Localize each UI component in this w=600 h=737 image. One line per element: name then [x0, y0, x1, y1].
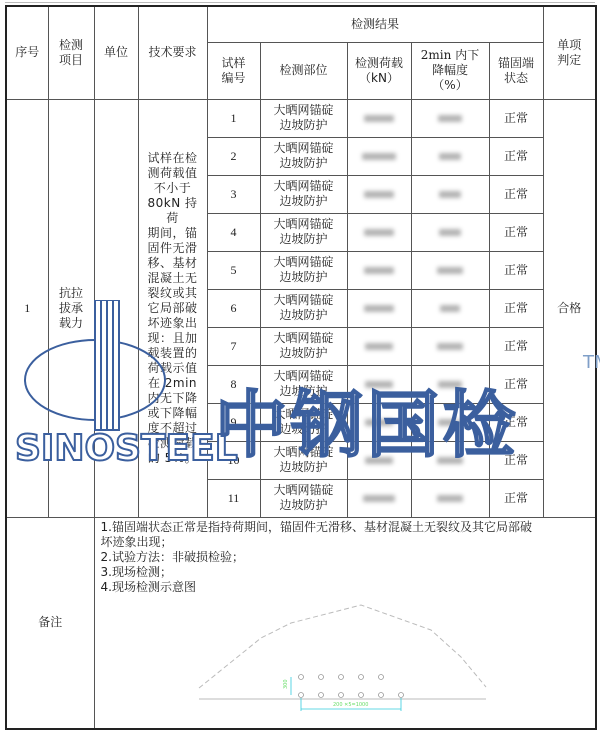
load-cell-redacted [347, 441, 411, 479]
header-judgement-line: 单项 [544, 38, 596, 53]
drop-cell-redacted [411, 403, 489, 441]
anchor-state-cell: 正常 [489, 365, 543, 403]
load-cell-redacted [347, 327, 411, 365]
svg-text:200 ✕5=1000: 200 ✕5=1000 [333, 702, 368, 708]
tech-req-line: 移、基材 [145, 256, 201, 271]
header-drop-line: 2min 内下 [412, 48, 489, 63]
drop-cell-redacted [411, 365, 489, 403]
inspection-report-table: 序号 检测 项目 单位 技术要求 检测结果 单项 判定 试样 编号 检测部位 检… [5, 5, 597, 730]
tech-req-line: 不小于 [145, 181, 201, 196]
anchor-state-cell: 正常 [489, 327, 543, 365]
item-line: 拔承 [49, 301, 94, 316]
header-item-line: 检测 [49, 38, 94, 53]
drop-cell-redacted [411, 251, 489, 289]
tech-req-line: 或下降幅 [145, 406, 201, 421]
tech-req-line: 在 2min [145, 376, 201, 391]
location-cell: 大晒网锚碇边坡防护 [260, 441, 347, 479]
sample-no-cell: 11 [207, 479, 260, 517]
header-drop: 2min 内下 降幅度 （%） [411, 42, 489, 99]
anchor-state-cell: 正常 [489, 289, 543, 327]
anchor-state-cell: 正常 [489, 403, 543, 441]
anchor-state-cell: 正常 [489, 213, 543, 251]
load-cell-redacted [347, 289, 411, 327]
sample-no-cell: 2 [207, 137, 260, 175]
header-results-group: 检测结果 [207, 6, 543, 42]
header-load-line: 检测荷载 [348, 56, 411, 71]
drop-cell-redacted [411, 479, 489, 517]
location-cell: 大晒网锚碇边坡防护 [260, 137, 347, 175]
tech-req-line: 混凝土无 [145, 271, 201, 286]
tech-req-line: 固件无滑 [145, 241, 201, 256]
load-cell-redacted [347, 365, 411, 403]
seq-cell: 1 [6, 99, 48, 517]
anchor-state-cell: 正常 [489, 137, 543, 175]
sample-no-cell: 5 [207, 251, 260, 289]
anchor-layout-diagram: 300 200 ✕5=1000 [101, 595, 571, 713]
drop-cell-redacted [411, 175, 489, 213]
header-drop-line: （%） [412, 78, 489, 93]
header-anchor-state-line: 状态 [490, 71, 543, 86]
location-cell: 大晒网锚碇边坡防护 [260, 479, 347, 517]
header-seq: 序号 [6, 6, 48, 99]
load-cell-redacted [347, 137, 411, 175]
location-cell: 大晒网锚碇边坡防护 [260, 213, 347, 251]
unit-cell: / [94, 99, 138, 517]
header-tech-req: 技术要求 [138, 6, 207, 99]
tech-req-line: 80kN 持荷 [145, 196, 201, 226]
remark-line: 4.现场检测示意图 [101, 580, 596, 595]
judgement-cell: 合格 [543, 99, 596, 517]
location-cell: 大晒网锚碇边坡防护 [260, 251, 347, 289]
load-cell-redacted [347, 99, 411, 137]
tech-req-line: 的 5%。 [145, 451, 201, 466]
sample-no-cell: 6 [207, 289, 260, 327]
header-judgement: 单项 判定 [543, 6, 596, 99]
header-load-line: （kN） [348, 71, 411, 86]
sample-no-cell: 7 [207, 327, 260, 365]
header-item-line: 项目 [49, 53, 94, 68]
header-location: 检测部位 [260, 42, 347, 99]
header-judgement-line: 判定 [544, 53, 596, 68]
tech-req-line: 期间，锚 [145, 226, 201, 241]
sample-no-cell: 3 [207, 175, 260, 213]
tech-req-line: 内无下降 [145, 391, 201, 406]
header-sample-no-line: 编号 [208, 71, 260, 86]
tech-req-line: 测荷载值 [145, 166, 201, 181]
header-anchor-state: 锚固端 状态 [489, 42, 543, 99]
anchor-state-cell: 正常 [489, 441, 543, 479]
remark-line: 1.锚固端状态正常是指持荷期间，锚固件无滑移、基材混凝土无裂纹及其它局部破 [101, 520, 596, 535]
remark-line: 坏迹象出现； [101, 535, 596, 550]
location-cell: 大晒网锚碇边坡防护 [260, 289, 347, 327]
sample-no-cell: 1 [207, 99, 260, 137]
header-load: 检测荷载 （kN） [347, 42, 411, 99]
top-rule [5, 2, 595, 3]
tech-req-line: 检测荷载 [145, 436, 201, 451]
item-line: 载力 [49, 316, 94, 331]
header-anchor-state-line: 锚固端 [490, 56, 543, 71]
location-cell: 大晒网锚碇边坡防护 [260, 99, 347, 137]
svg-text:300: 300 [283, 679, 289, 689]
tech-req-line: 度不超过 [145, 421, 201, 436]
sample-no-cell: 10 [207, 441, 260, 479]
anchor-state-cell: 正常 [489, 99, 543, 137]
load-cell-redacted [347, 479, 411, 517]
header-drop-line: 降幅度 [412, 63, 489, 78]
tech-req-line: 载装置的 [145, 346, 201, 361]
load-cell-redacted [347, 251, 411, 289]
remarks-label: 备注 [6, 517, 94, 729]
location-cell: 大晒网锚碇边坡防护 [260, 175, 347, 213]
location-cell: 大晒网锚碇边坡防护 [260, 327, 347, 365]
load-cell-redacted [347, 213, 411, 251]
item-line: 抗拉 [49, 286, 94, 301]
site-test-diagram: 300 200 ✕5=1000 [101, 595, 596, 713]
drop-cell-redacted [411, 289, 489, 327]
location-cell: 大晒网锚碇边坡防护 [260, 403, 347, 441]
tech-req-line: 坏迹象出 [145, 316, 201, 331]
table-row: 1 抗拉 拔承 载力 / 试样在检 测荷载值 不小于 80kN 持荷 期间，锚 … [6, 99, 596, 137]
remarks-content: 1.锚固端状态正常是指持荷期间，锚固件无滑移、基材混凝土无裂纹及其它局部破 坏迹… [94, 517, 596, 729]
header-sample-no: 试样 编号 [207, 42, 260, 99]
sample-no-cell: 8 [207, 365, 260, 403]
tech-req-line: 裂纹或其 [145, 286, 201, 301]
drop-cell-redacted [411, 327, 489, 365]
anchor-state-cell: 正常 [489, 251, 543, 289]
anchor-state-cell: 正常 [489, 175, 543, 213]
load-cell-redacted [347, 175, 411, 213]
tech-req-line: 它局部破 [145, 301, 201, 316]
load-cell-redacted [347, 403, 411, 441]
drop-cell-redacted [411, 137, 489, 175]
sample-no-cell: 9 [207, 403, 260, 441]
item-cell: 抗拉 拔承 载力 [48, 99, 94, 517]
tech-req-line: 荷载示值 [145, 361, 201, 376]
tech-req-line: 试样在检 [145, 151, 201, 166]
header-item: 检测 项目 [48, 6, 94, 99]
remark-line: 3.现场检测； [101, 565, 596, 580]
remark-line: 2.试验方法：非破损检验； [101, 550, 596, 565]
drop-cell-redacted [411, 99, 489, 137]
sample-no-cell: 4 [207, 213, 260, 251]
tech-req-cell: 试样在检 测荷载值 不小于 80kN 持荷 期间，锚 固件无滑 移、基材 混凝土… [138, 99, 207, 517]
location-cell: 大晒网锚碇边坡防护 [260, 365, 347, 403]
header-sample-no-line: 试样 [208, 56, 260, 71]
header-unit: 单位 [94, 6, 138, 99]
drop-cell-redacted [411, 213, 489, 251]
anchor-state-cell: 正常 [489, 479, 543, 517]
tech-req-line: 现：且加 [145, 331, 201, 346]
drop-cell-redacted [411, 441, 489, 479]
